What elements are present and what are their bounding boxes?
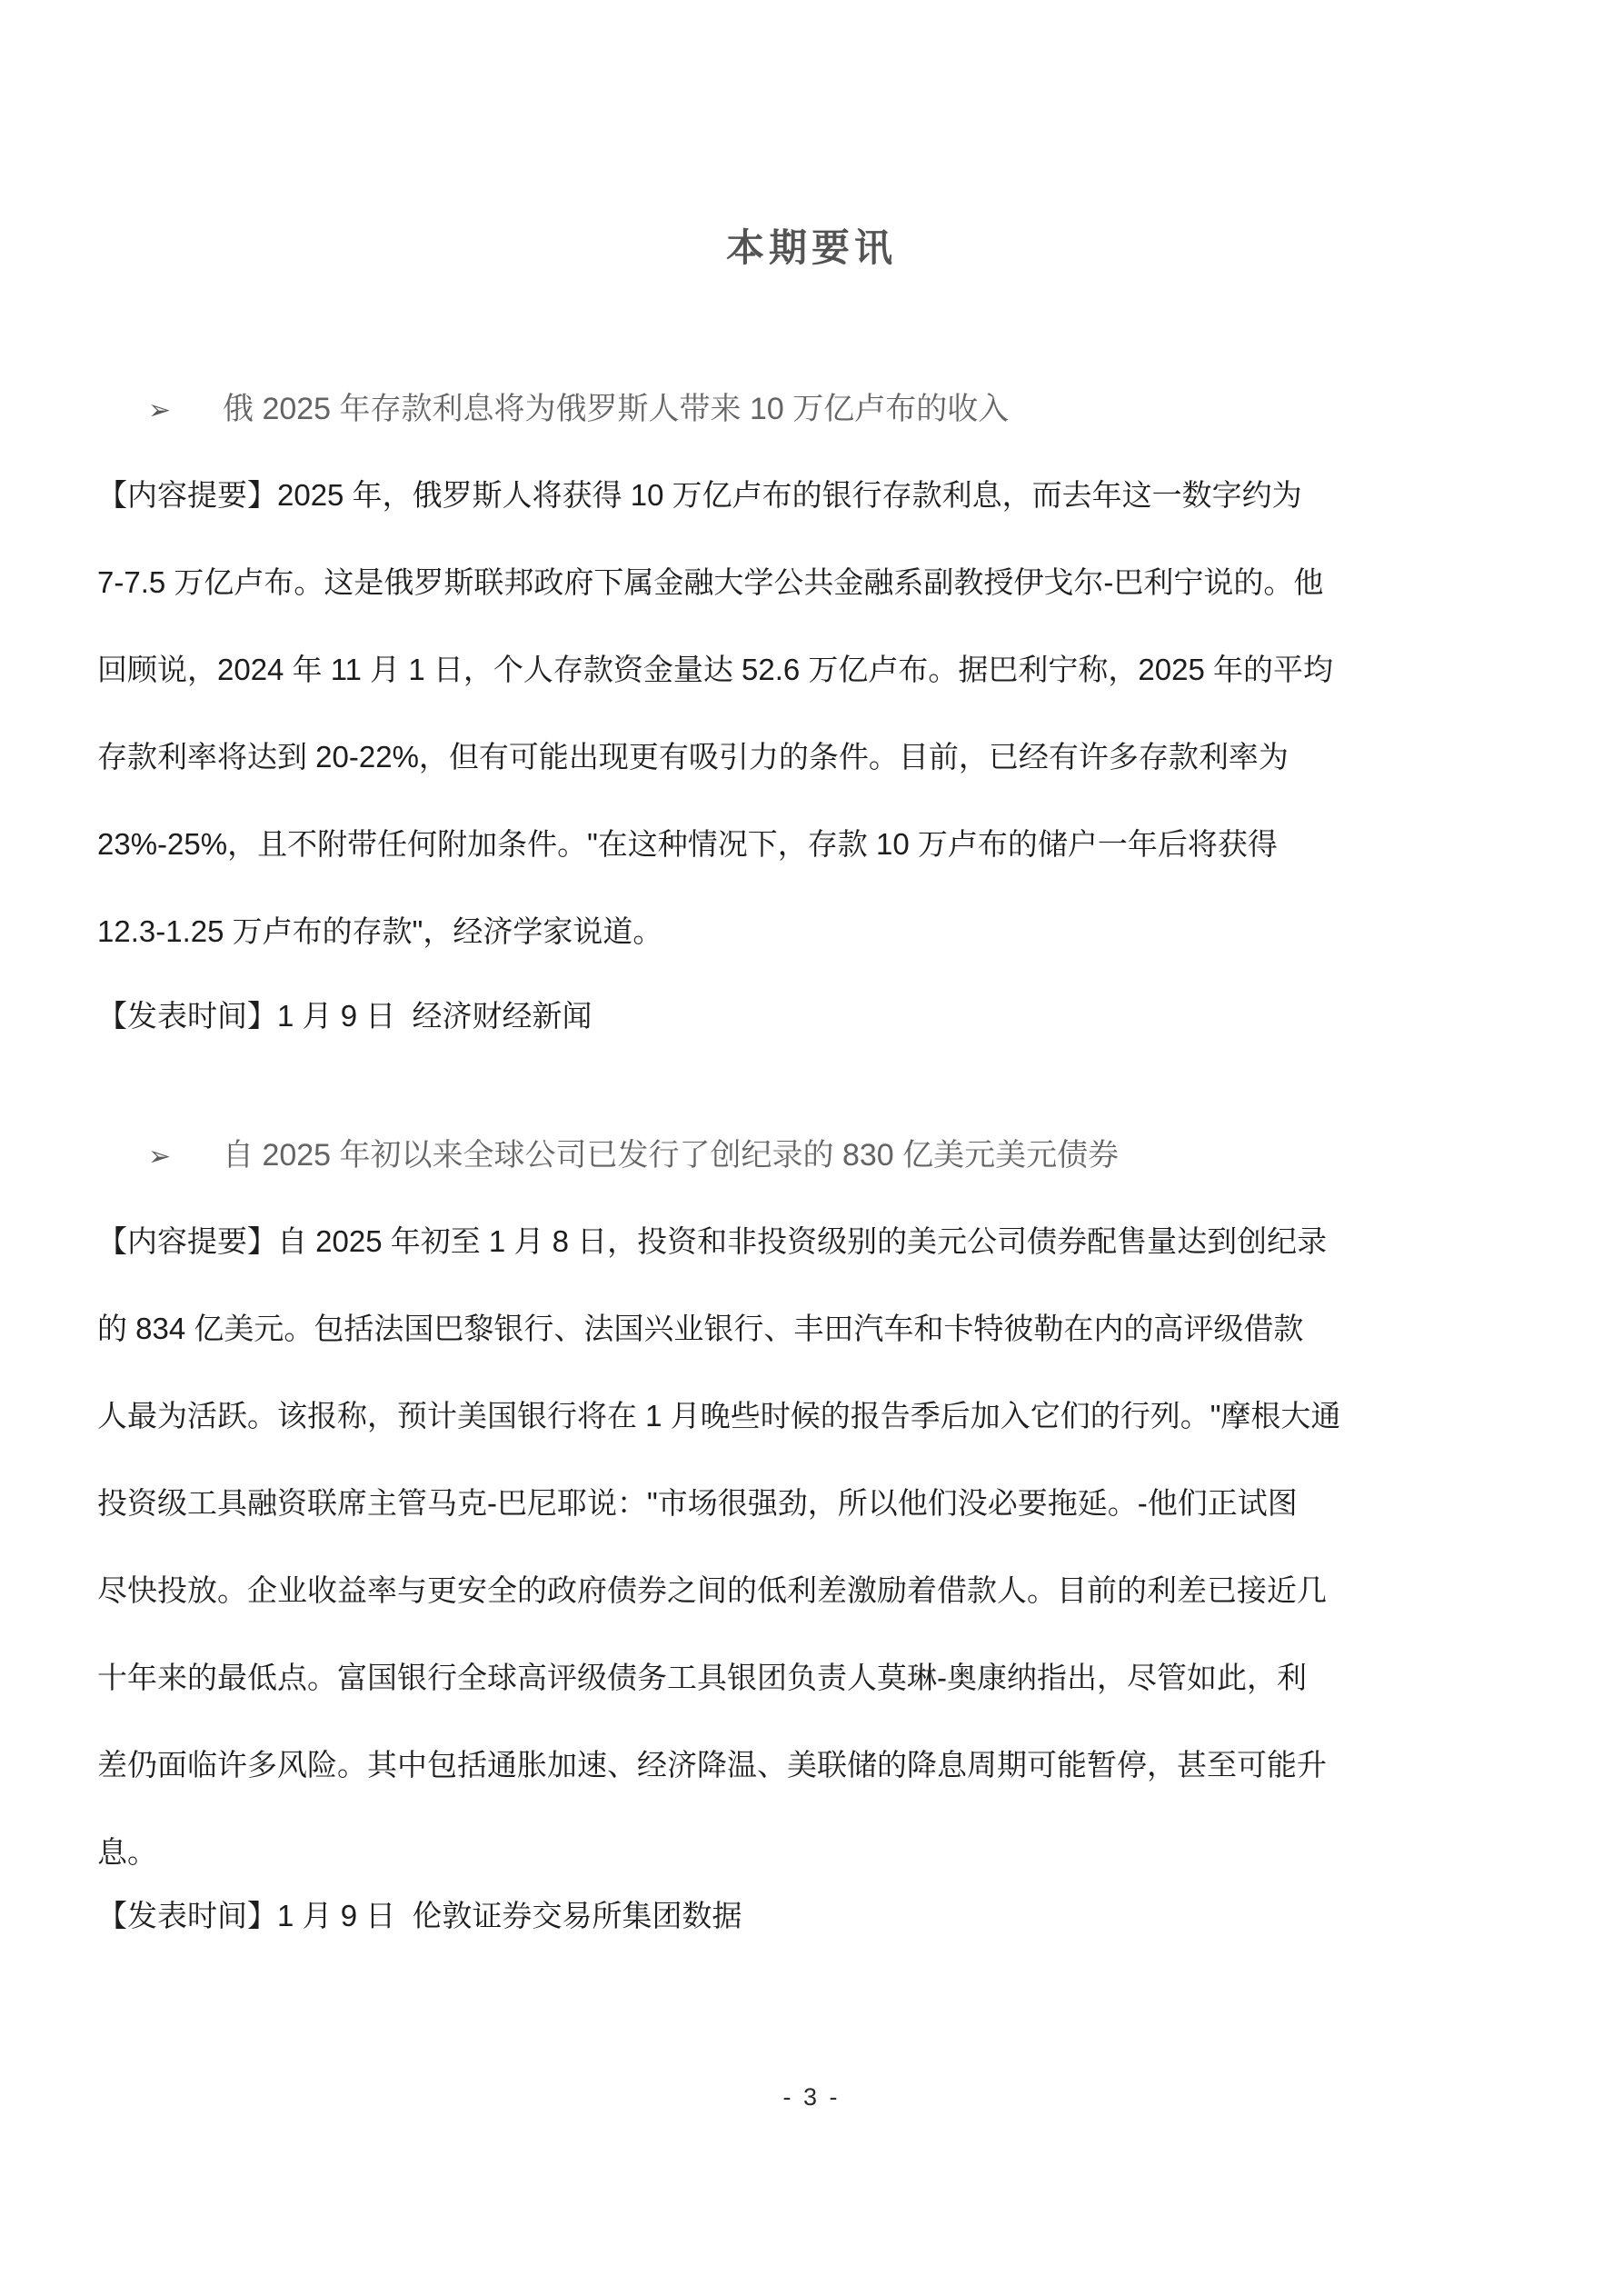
section-1-heading: ➢俄 2025 年存款利息将为俄罗斯人带来 10 万亿卢布的收入 xyxy=(148,384,1532,434)
section-1-heading-text: 俄 2025 年存款利息将为俄罗斯人带来 10 万亿卢布的收入 xyxy=(223,392,1009,426)
body-line: 存款利率将达到 20-22%，但有可能出现更有吸引力的条件。目前，已经有许多存款… xyxy=(97,714,1532,801)
section-1-publish-info: 【发表时间】1 月 9 日 经济财经新闻 xyxy=(97,973,1532,1060)
section-2-heading: ➢自 2025 年初以来全球公司已发行了创纪录的 830 亿美元美元债券 xyxy=(148,1130,1532,1181)
body-line: 的 834 亿美元。包括法国巴黎银行、法国兴业银行、丰田汽车和卡特彼勒在内的高评… xyxy=(97,1285,1532,1373)
body-line: 人最为活跃。该报称，预计美国银行将在 1 月晚些时候的报告季后加入它们的行列。"… xyxy=(97,1373,1532,1460)
body-line: 23%-25%，且不附带任何附加条件。"在这种情况下，存款 10 万卢布的储户一… xyxy=(97,801,1532,888)
section-2-publish-info: 【发表时间】1 月 9 日 伦敦证券交易所集团数据 xyxy=(97,1872,1532,1960)
body-line: 投资级工具融资联席主管马克-巴尼耶说："市场很强劲，所以他们没必要拖延。-他们正… xyxy=(97,1460,1532,1547)
body-line: 回顾说，2024 年 11 月 1 日，个人存款资金量达 52.6 万亿卢布。据… xyxy=(97,626,1532,714)
section-1-body: 【内容提要】2025 年，俄罗斯人将获得 10 万亿卢布的银行存款利息，而去年这… xyxy=(97,452,1532,975)
section-2-heading-text: 自 2025 年初以来全球公司已发行了创纪录的 830 亿美元美元债券 xyxy=(223,1138,1119,1173)
body-line: 差仍面临许多风险。其中包括通胀加速、经济降温、美联储的降息周期可能暂停，甚至可能… xyxy=(97,1722,1532,1809)
page-title: 本期要讯 xyxy=(0,218,1623,273)
document-page: 本期要讯 ➢俄 2025 年存款利息将为俄罗斯人带来 10 万亿卢布的收入 【内… xyxy=(0,0,1623,2296)
body-line: 【内容提要】自 2025 年初至 1 月 8 日，投资和非投资级别的美元公司债券… xyxy=(97,1198,1532,1285)
section-2-body: 【内容提要】自 2025 年初至 1 月 8 日，投资和非投资级别的美元公司债券… xyxy=(97,1198,1532,1896)
body-line: 十年来的最低点。富国银行全球高评级债务工具银团负责人莫琳-奥康纳指出，尽管如此，… xyxy=(97,1634,1532,1722)
arrowhead-bullet-icon: ➢ xyxy=(148,1132,223,1183)
body-line: 12.3-1.25 万卢布的存款"，经济学家说道。 xyxy=(97,888,1532,975)
body-line: 【内容提要】2025 年，俄罗斯人将获得 10 万亿卢布的银行存款利息，而去年这… xyxy=(97,452,1532,539)
page-number: - 3 - xyxy=(0,2083,1623,2111)
body-line: 7-7.5 万亿卢布。这是俄罗斯联邦政府下属金融大学公共金融系副教授伊戈尔-巴利… xyxy=(97,539,1532,626)
body-line: 尽快投放。企业收益率与更安全的政府债券之间的低利差激励着借款人。目前的利差已接近… xyxy=(97,1547,1532,1634)
arrowhead-bullet-icon: ➢ xyxy=(148,385,223,436)
